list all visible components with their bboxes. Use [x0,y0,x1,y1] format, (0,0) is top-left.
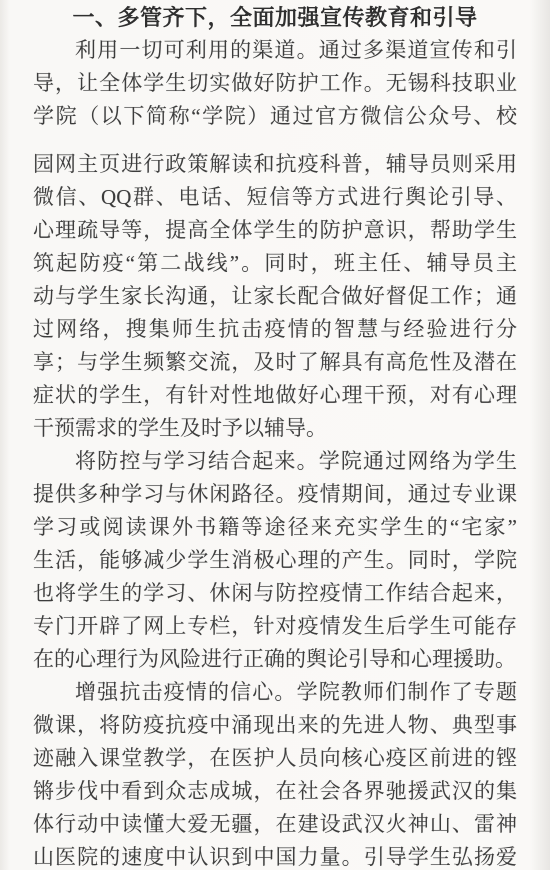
text-line: 专门开辟了网上专栏，针对疫情发生后学生可能存 [33,610,517,643]
text-line: 微课，将防疫抗疫中涌现出来的先进人物、典型事 [33,709,517,742]
text-line: 学院（以下简称“学院）通过官方微信公众号、校 [33,100,517,133]
text-line: 体行动中读懂大爱无疆，在建设武汉火神山、雷神 [33,808,517,841]
document-page: 一、多管齐下，全面加强宣传教育和引导 利用一切可利用的渠道。通过多渠道宣传和引导… [0,0,550,870]
text-line: 在的心理行为风险进行正确的舆论引导和心理援助。 [33,643,517,676]
text-line: 心理疏导等，提高全体学生的防护意识，帮助学生 [33,214,517,247]
text-line: 迹融入课堂教学，在医护人员向核心疫区前进的铿 [33,742,517,775]
text-line: 干预需求的学生及时予以辅导。 [33,412,517,445]
text-line: 筑起防疫“第二战线”。同时，班主任、辅导员主 [33,247,517,280]
text-line: 导，让全体学生切实做好防护工作。无锡科技职业 [33,67,517,100]
text-line: 动与学生家长沟通，让家长配合做好督促工作；通 [33,280,517,313]
text-line: 学习或阅读课外书籍等途径来充实学生的“宅家” [33,511,517,544]
text-line: 锵步伐中看到众志成城，在社会各界驰援武汉的集 [33,775,517,808]
text-line: 享；与学生频繁交流，及时了解具有高危性及潜在 [33,346,517,379]
section-heading: 一、多管齐下，全面加强宣传教育和引导 [33,2,517,34]
text-line: 生活，能够减少学生消极心理的产生。同时，学院 [33,544,517,577]
text-line: 也将学生的学习、休闲与防控疫情工作结合起来， [33,577,517,610]
text-line: 提供多种学习与休闲路径。疫情期间，通过专业课 [33,478,517,511]
text-line: 增强抗击疫情的信心。学院教师们制作了专题 [33,676,517,709]
text-line: 园网主页进行政策解读和抗疫科普，辅导员则采用 [33,148,517,181]
document-body: 利用一切可利用的渠道。通过多渠道宣传和引导，让全体学生切实做好防护工作。无锡科技… [33,34,517,870]
text-line: 过网络，搜集师生抗击疫情的智慧与经验进行分 [33,313,517,346]
text-line: 微信、QQ群、电话、短信等方式进行舆论引导、 [33,181,517,214]
text-line: 山医院的速度中认识到中国力量。引导学生弘扬爱 [33,841,517,870]
text-line: 利用一切可利用的渠道。通过多渠道宣传和引 [33,34,517,67]
text-line: 将防控与学习结合起来。学院通过网络为学生 [33,445,517,478]
text-line: 症状的学生，有针对性地做好心理干预，对有心理 [33,379,517,412]
